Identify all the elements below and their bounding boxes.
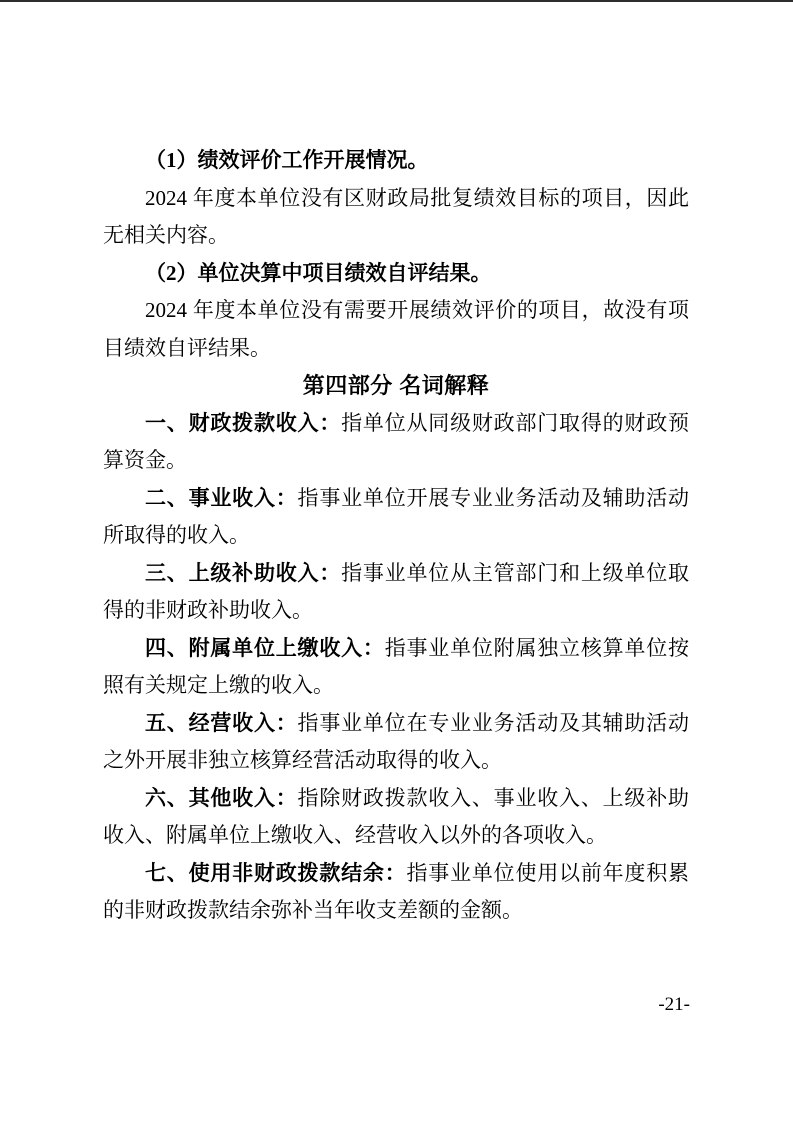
subheading-performance-evaluation: （1）绩效评价工作开展情况。: [103, 142, 689, 180]
definition-term-2: 二、事业收入：: [145, 486, 298, 510]
document-body: （1）绩效评价工作开展情况。 2024 年度本单位没有区财政局批复绩效目标的项目…: [103, 142, 689, 930]
section-title-glossary: 第四部分 名词解释: [103, 367, 689, 405]
page-number: -21-: [658, 994, 690, 1016]
definition-item-3: 三、上级补助收入：指事业单位从主管部门和上级单位取得的非财政补助收入。: [103, 555, 689, 630]
definition-term-4: 四、附属单位上缴收入：: [145, 636, 385, 660]
subheading-self-evaluation-result: （2）单位决算中项目绩效自评结果。: [103, 255, 689, 293]
definition-term-6: 六、其他收入：: [145, 786, 298, 810]
definition-term-7: 七、使用非财政拨款结余：: [145, 861, 407, 885]
document-page: （1）绩效评价工作开展情况。 2024 年度本单位没有区财政局批复绩效目标的项目…: [0, 0, 793, 1122]
definition-item-4: 四、附属单位上缴收入：指事业单位附属独立核算单位按照有关规定上缴的收入。: [103, 630, 689, 705]
definition-term-5: 五、经营收入：: [145, 711, 298, 735]
definition-term-3: 三、上级补助收入：: [145, 561, 341, 585]
definition-item-5: 五、经营收入：指事业单位在专业业务活动及其辅助活动之外开展非独立核算经营活动取得…: [103, 705, 689, 780]
paragraph-self-evaluation-result: 2024 年度本单位没有需要开展绩效评价的项目，故没有项目绩效自评结果。: [103, 292, 689, 367]
definition-item-2: 二、事业收入：指事业单位开展专业业务活动及辅助活动所取得的收入。: [103, 480, 689, 555]
definition-item-6: 六、其他收入：指除财政拨款收入、事业收入、上级补助收入、附属单位上缴收入、经营收…: [103, 780, 689, 855]
definition-term-1: 一、财政拨款收入：: [145, 411, 341, 435]
paragraph-performance-evaluation: 2024 年度本单位没有区财政局批复绩效目标的项目，因此无相关内容。: [103, 180, 689, 255]
definition-item-1: 一、财政拨款收入：指单位从同级财政部门取得的财政预算资金。: [103, 405, 689, 480]
definition-item-7: 七、使用非财政拨款结余：指事业单位使用以前年度积累的非财政拨款结余弥补当年收支差…: [103, 855, 689, 930]
